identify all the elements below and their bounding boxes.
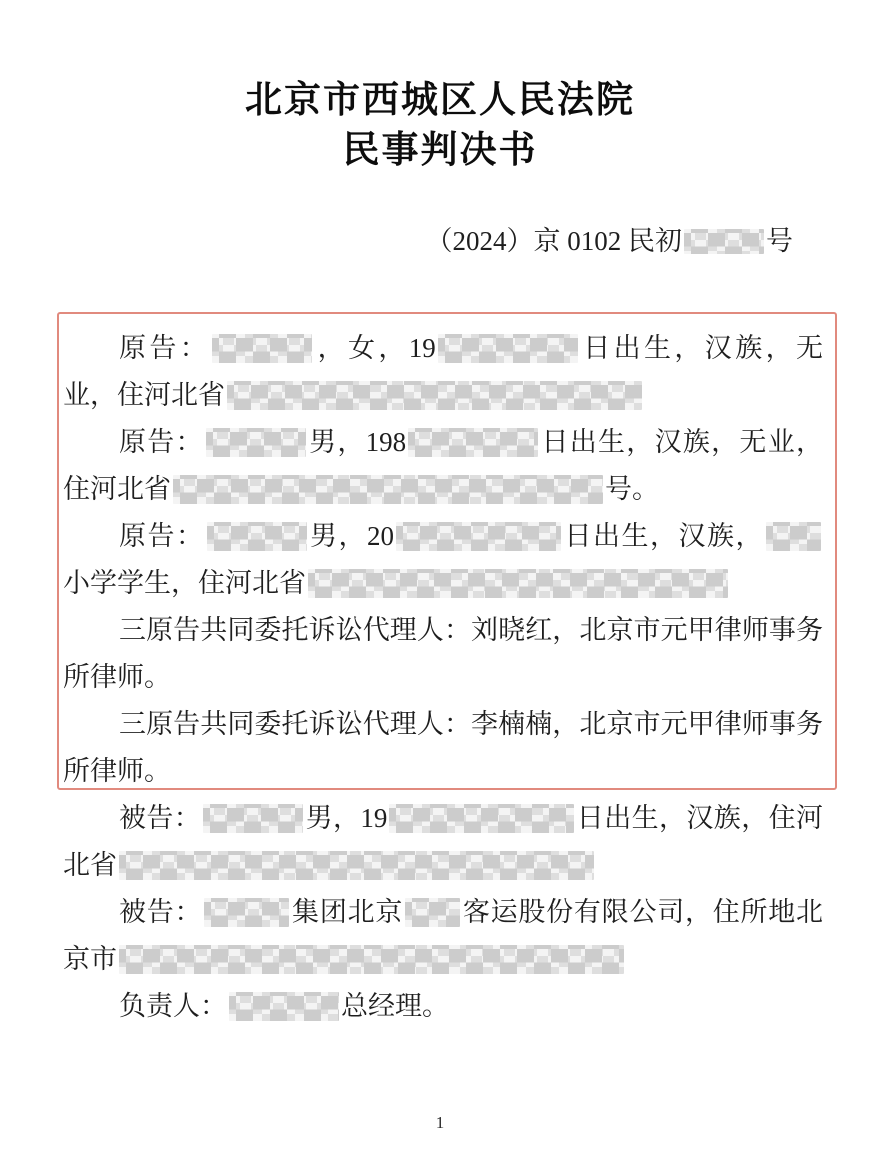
case-number-line: （2024）京 0102 民初号 — [0, 222, 793, 260]
judgment-paragraph-plaintiff-1: 原告：，女，19日出生，汉族，无业，住河北省 — [63, 325, 823, 419]
paragraph-text: 小学学生，住河北省 — [63, 568, 306, 598]
judgment-paragraph-plaintiffs-attorney-1: 三原告共同委托诉讼代理人：刘晓红，北京市元甲律师事务所律师。 — [63, 607, 823, 701]
redaction-block — [396, 522, 561, 551]
paragraph-text: 男，198 — [308, 427, 406, 457]
judgment-paragraph-plaintiff-2: 原告：男，198日出生，汉族，无业，住河北省号。 — [63, 419, 823, 513]
paragraph-text: 男，20 — [309, 521, 395, 551]
judgment-paragraph-plaintiff-3: 原告：男，20日出生，汉族，小学学生，住河北省 — [63, 513, 823, 607]
paragraph-text: 被告： — [119, 897, 202, 927]
redaction-block — [119, 851, 594, 880]
paragraph-text: ，女，19 — [314, 333, 436, 363]
redaction-block — [173, 475, 603, 504]
redaction-block — [766, 522, 821, 551]
redaction-block — [204, 898, 289, 927]
case-number-prefix: （2024）京 0102 民初 — [426, 226, 683, 256]
redaction-block — [207, 522, 307, 551]
paragraph-text: 三原告共同委托诉讼代理人：李楠楠，北京市元甲律师事务所律师。 — [63, 709, 823, 786]
redaction-block — [438, 334, 578, 363]
paragraph-text: 原告： — [119, 333, 210, 363]
paragraph-text: 三原告共同委托诉讼代理人：刘晓红，北京市元甲律师事务所律师。 — [63, 615, 823, 692]
redaction-block — [408, 428, 538, 457]
redaction-block — [203, 804, 303, 833]
judgment-paragraph-defendant-2: 被告：集团北京客运股份有限公司，住所地北京市 — [63, 889, 823, 983]
redaction-block — [229, 992, 339, 1021]
document-type: 民事判决书 — [0, 126, 880, 176]
paragraphs: 原告：，女，19日出生，汉族，无业，住河北省原告：男，198日出生，汉族，无业，… — [63, 325, 823, 1030]
judgment-paragraph-defendant-2-representative: 负责人：总经理。 — [63, 983, 823, 1030]
paragraph-text: 男，19 — [305, 803, 387, 833]
paragraph-text: 被告： — [119, 803, 201, 833]
redaction-block — [227, 381, 642, 410]
paragraph-text: 号。 — [605, 474, 659, 504]
case-number-suffix: 号 — [766, 226, 793, 256]
paragraph-text: 总经理。 — [341, 991, 449, 1021]
judgment-document-page: 北京市西城区人民法院 民事判决书 （2024）京 0102 民初号 原告：，女，… — [0, 0, 880, 1175]
redaction-block — [206, 428, 306, 457]
paragraph-text: 原告： — [119, 521, 205, 551]
paragraph-text: 集团北京 — [291, 897, 403, 927]
paragraph-text: 负责人： — [119, 991, 227, 1021]
document-title: 北京市西城区人民法院 民事判决书 — [0, 76, 880, 176]
redaction-block — [684, 229, 764, 254]
judgment-paragraph-plaintiffs-attorney-2: 三原告共同委托诉讼代理人：李楠楠，北京市元甲律师事务所律师。 — [63, 701, 823, 795]
court-name: 北京市西城区人民法院 — [0, 76, 880, 126]
page-number: 1 — [0, 1113, 880, 1133]
judgment-paragraph-defendant-1: 被告：男，19日出生，汉族，住河北省 — [63, 795, 823, 889]
paragraph-text: 日出生，汉族， — [563, 521, 764, 551]
redaction-block — [389, 804, 574, 833]
redaction-block — [119, 945, 624, 974]
redaction-block — [405, 898, 460, 927]
paragraph-text: 原告： — [119, 427, 204, 457]
redaction-block — [308, 569, 728, 598]
redaction-block — [212, 334, 312, 363]
